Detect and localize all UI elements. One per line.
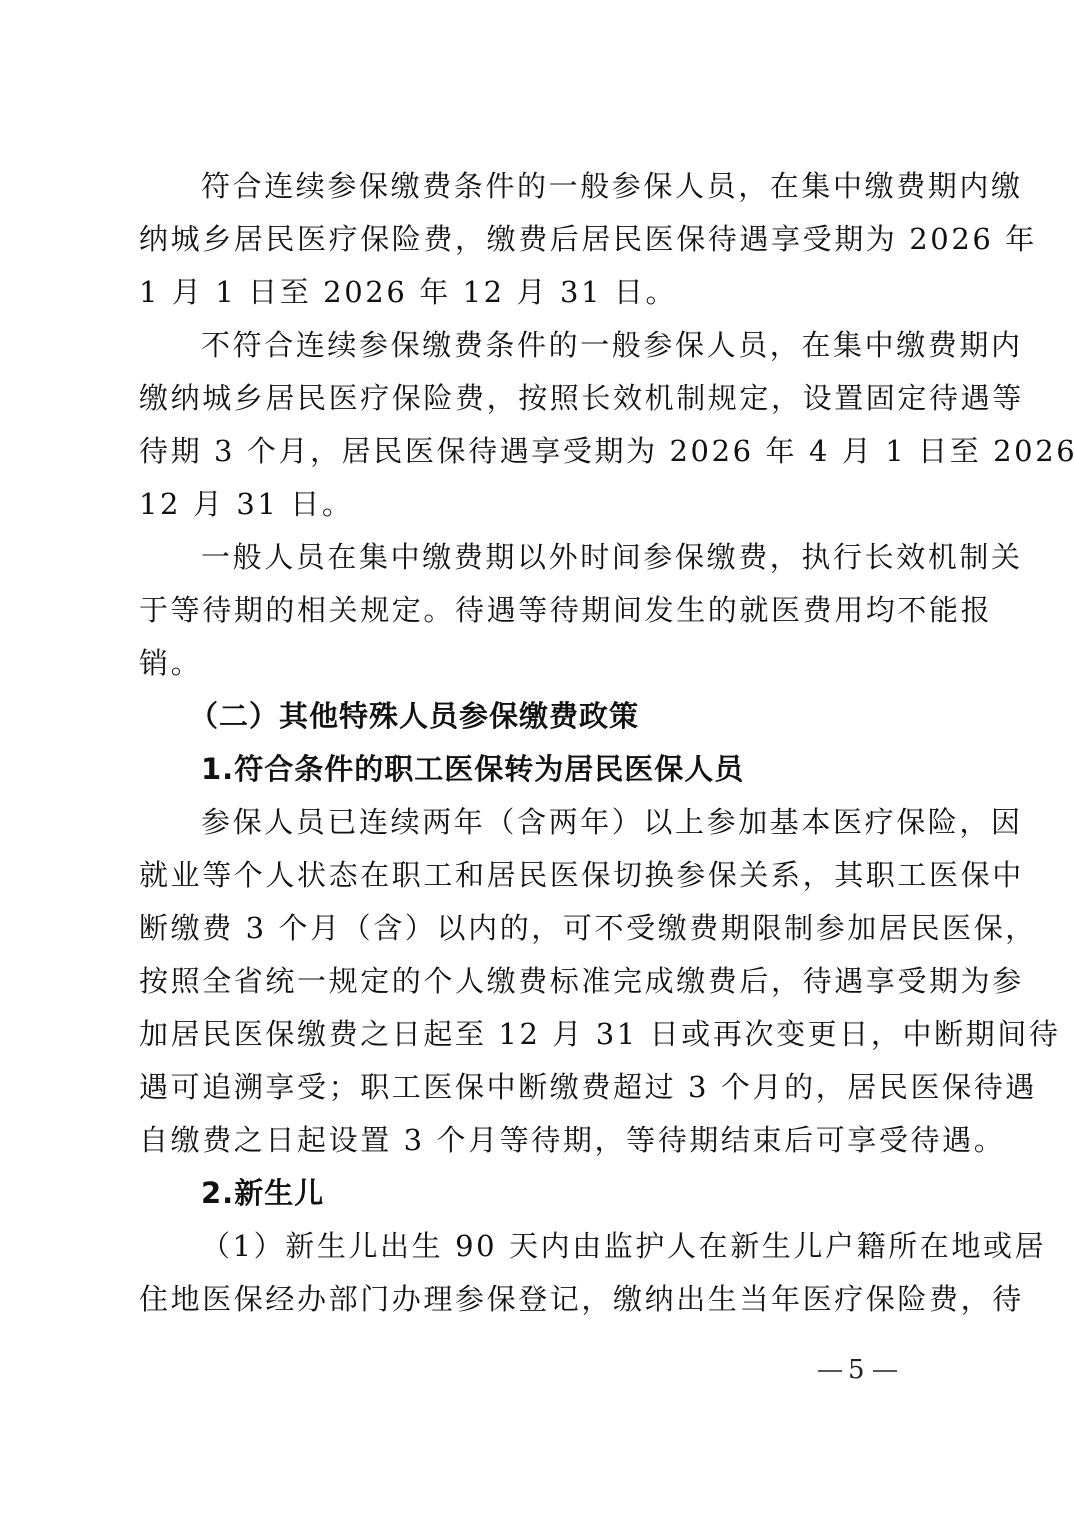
text-line: 按照全省统一规定的个人缴费标准完成缴费后，待遇享受期为参 bbox=[139, 955, 939, 1008]
paragraph-outside-period: 一般人员在集中缴费期以外时间参保缴费，执行长效机制关 于等待期的相关规定。待遇等… bbox=[139, 531, 939, 690]
text-line: 断缴费 3 个月（含）以内的，可不受缴费期限制参加居民医保， bbox=[139, 902, 939, 955]
text-line: 销。 bbox=[139, 637, 939, 690]
text-line: 符合连续参保缴费条件的一般参保人员，在集中缴费期内缴 bbox=[139, 160, 939, 213]
text-line: 不符合连续参保缴费条件的一般参保人员，在集中缴费期内 bbox=[139, 319, 939, 372]
text-line: 待期 3 个月，居民医保待遇享受期为 2026 年 4 月 1 日至 2026 … bbox=[139, 425, 939, 478]
subsection-heading-newborn: 2.新生儿 bbox=[139, 1167, 939, 1220]
document-page: 符合连续参保缴费条件的一般参保人员，在集中缴费期内缴 纳城乡居民医疗保险费，缴费… bbox=[139, 160, 939, 1326]
section-heading: （二）其他特殊人员参保缴费政策 bbox=[139, 690, 939, 743]
paragraph-newborn: （1）新生儿出生 90 天内由监护人在新生儿户籍所在地或居 住地医保经办部门办理… bbox=[139, 1220, 939, 1326]
text-line: 就业等个人状态在职工和居民医保切换参保关系，其职工医保中 bbox=[139, 849, 939, 902]
dash-left-decoration bbox=[818, 1370, 842, 1372]
text-line: 加居民医保缴费之日起至 12 月 31 日或再次变更日，中断期间待 bbox=[139, 1008, 939, 1061]
text-line: 12 月 31 日。 bbox=[139, 478, 939, 531]
page-number: 5 bbox=[812, 1352, 903, 1388]
text-line: 于等待期的相关规定。待遇等待期间发生的就医费用均不能报 bbox=[139, 584, 939, 637]
paragraph-non-continuous-insured: 不符合连续参保缴费条件的一般参保人员，在集中缴费期内 缴纳城乡居民医疗保险费，按… bbox=[139, 319, 939, 531]
text-line: 纳城乡居民医疗保险费，缴费后居民医保待遇享受期为 2026 年 bbox=[139, 213, 939, 266]
text-line: 缴纳城乡居民医疗保险费，按照长效机制规定，设置固定待遇等 bbox=[139, 372, 939, 425]
text-line: （1）新生儿出生 90 天内由监护人在新生儿户籍所在地或居 bbox=[139, 1220, 939, 1273]
text-line: 自缴费之日起设置 3 个月等待期，等待期结束后可享受待遇。 bbox=[139, 1114, 939, 1167]
text-line: 住地医保经办部门办理参保登记，缴纳出生当年医疗保险费，待 bbox=[139, 1273, 939, 1326]
page-number-value: 5 bbox=[848, 1355, 867, 1385]
subsection-heading-employee-to-resident: 1.符合条件的职工医保转为居民医保人员 bbox=[139, 743, 939, 796]
dash-right-decoration bbox=[873, 1370, 897, 1372]
text-line: 1 月 1 日至 2026 年 12 月 31 日。 bbox=[139, 266, 939, 319]
text-line: 一般人员在集中缴费期以外时间参保缴费，执行长效机制关 bbox=[139, 531, 939, 584]
text-line: 参保人员已连续两年（含两年）以上参加基本医疗保险，因 bbox=[139, 796, 939, 849]
paragraph-continuous-insured: 符合连续参保缴费条件的一般参保人员，在集中缴费期内缴 纳城乡居民医疗保险费，缴费… bbox=[139, 160, 939, 319]
paragraph-employee-to-resident: 参保人员已连续两年（含两年）以上参加基本医疗保险，因 就业等个人状态在职工和居民… bbox=[139, 796, 939, 1167]
text-line: 遇可追溯享受；职工医保中断缴费超过 3 个月的，居民医保待遇 bbox=[139, 1061, 939, 1114]
